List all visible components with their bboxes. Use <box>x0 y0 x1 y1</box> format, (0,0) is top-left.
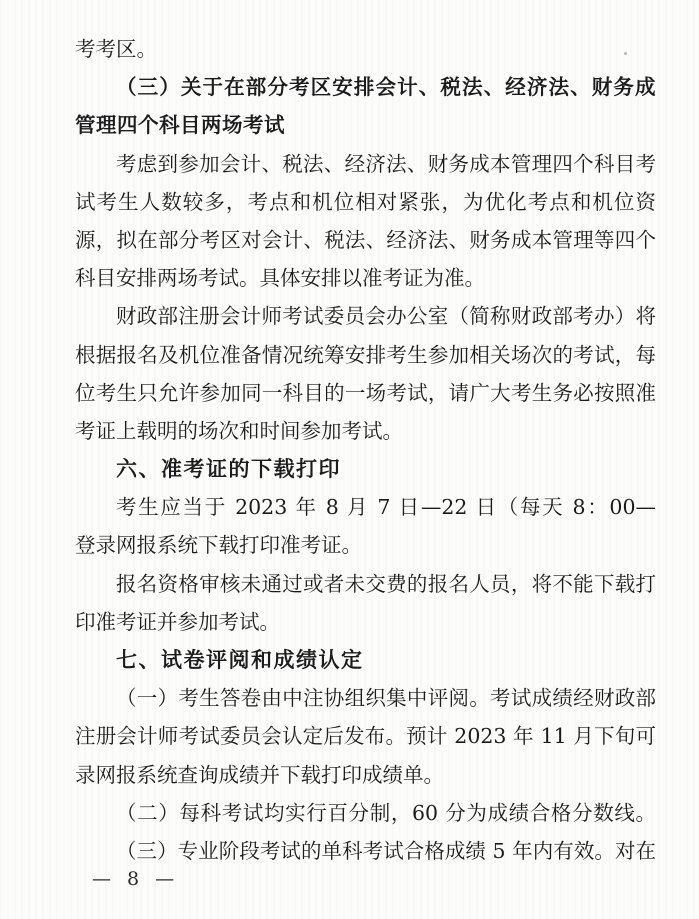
document-page: 考考区。 （三）关于在部分考区安排会计、税法、经济法、财务成本 管理四个科目两场… <box>0 0 699 919</box>
text-line: 位考生只允许参加同一科目的一场考试，请广大考生务必按照准 <box>75 374 656 412</box>
text-line: 财政部注册会计师考试委员会办公室（简称财政部考办）将 <box>75 297 656 335</box>
text-line: （一）考生答卷由中注协组织集中评阅。考试成绩经财政部 <box>75 679 656 717</box>
text-line: 根据报名及机位准备情况统筹安排考生参加相关场次的考试，每 <box>75 336 656 374</box>
section-heading-3-cont: 管理四个科目两场考试 <box>75 106 656 144</box>
page-number: — 8 — <box>92 868 179 890</box>
section-heading-3: （三）关于在部分考区安排会计、税法、经济法、财务成本 <box>75 68 656 106</box>
text-line: 考生应当于 2023 年 8 月 7 日—22 日（每天 8：00—20：00） <box>75 488 656 526</box>
text-line: 印准考证并参加考试。 <box>75 603 656 641</box>
text-line: 考证上载明的场次和时间参加考试。 <box>75 412 656 450</box>
text-line: 试考生人数较多，考点和机位相对紧张，为优化考点和机位资 <box>75 183 656 221</box>
text-line: 登录网报系统下载打印准考证。 <box>75 526 656 564</box>
text-line: 考虑到参加会计、税法、经济法、财务成本管理四个科目考 <box>75 145 656 183</box>
text-line: （二）每科考试均实行百分制，60 分为成绩合格分数线。 <box>75 794 656 832</box>
text-line: 注册会计师考试委员会认定后发布。预计 2023 年 11 月下旬可登 <box>75 717 656 755</box>
text-line: 科目安排两场考试。具体安排以准考证为准。 <box>75 259 656 297</box>
text-line: 源，拟在部分考区对会计、税法、经济法、财务成本管理等四个 <box>75 221 656 259</box>
text-line: （三）专业阶段考试的单科考试合格成绩 5 年内有效。对在 <box>75 832 656 870</box>
section-heading-six: 六、准考证的下载打印 <box>75 450 656 488</box>
text-line: 录网报系统查询成绩并下载打印成绩单。 <box>75 756 656 794</box>
document-text-block: 考考区。 （三）关于在部分考区安排会计、税法、经济法、财务成本 管理四个科目两场… <box>75 30 656 870</box>
text-line: 考考区。 <box>75 30 656 68</box>
section-heading-seven: 七、试卷评阅和成绩认定 <box>75 641 656 679</box>
text-line: 报名资格审核未通过或者未交费的报名人员，将不能下载打 <box>75 565 656 603</box>
